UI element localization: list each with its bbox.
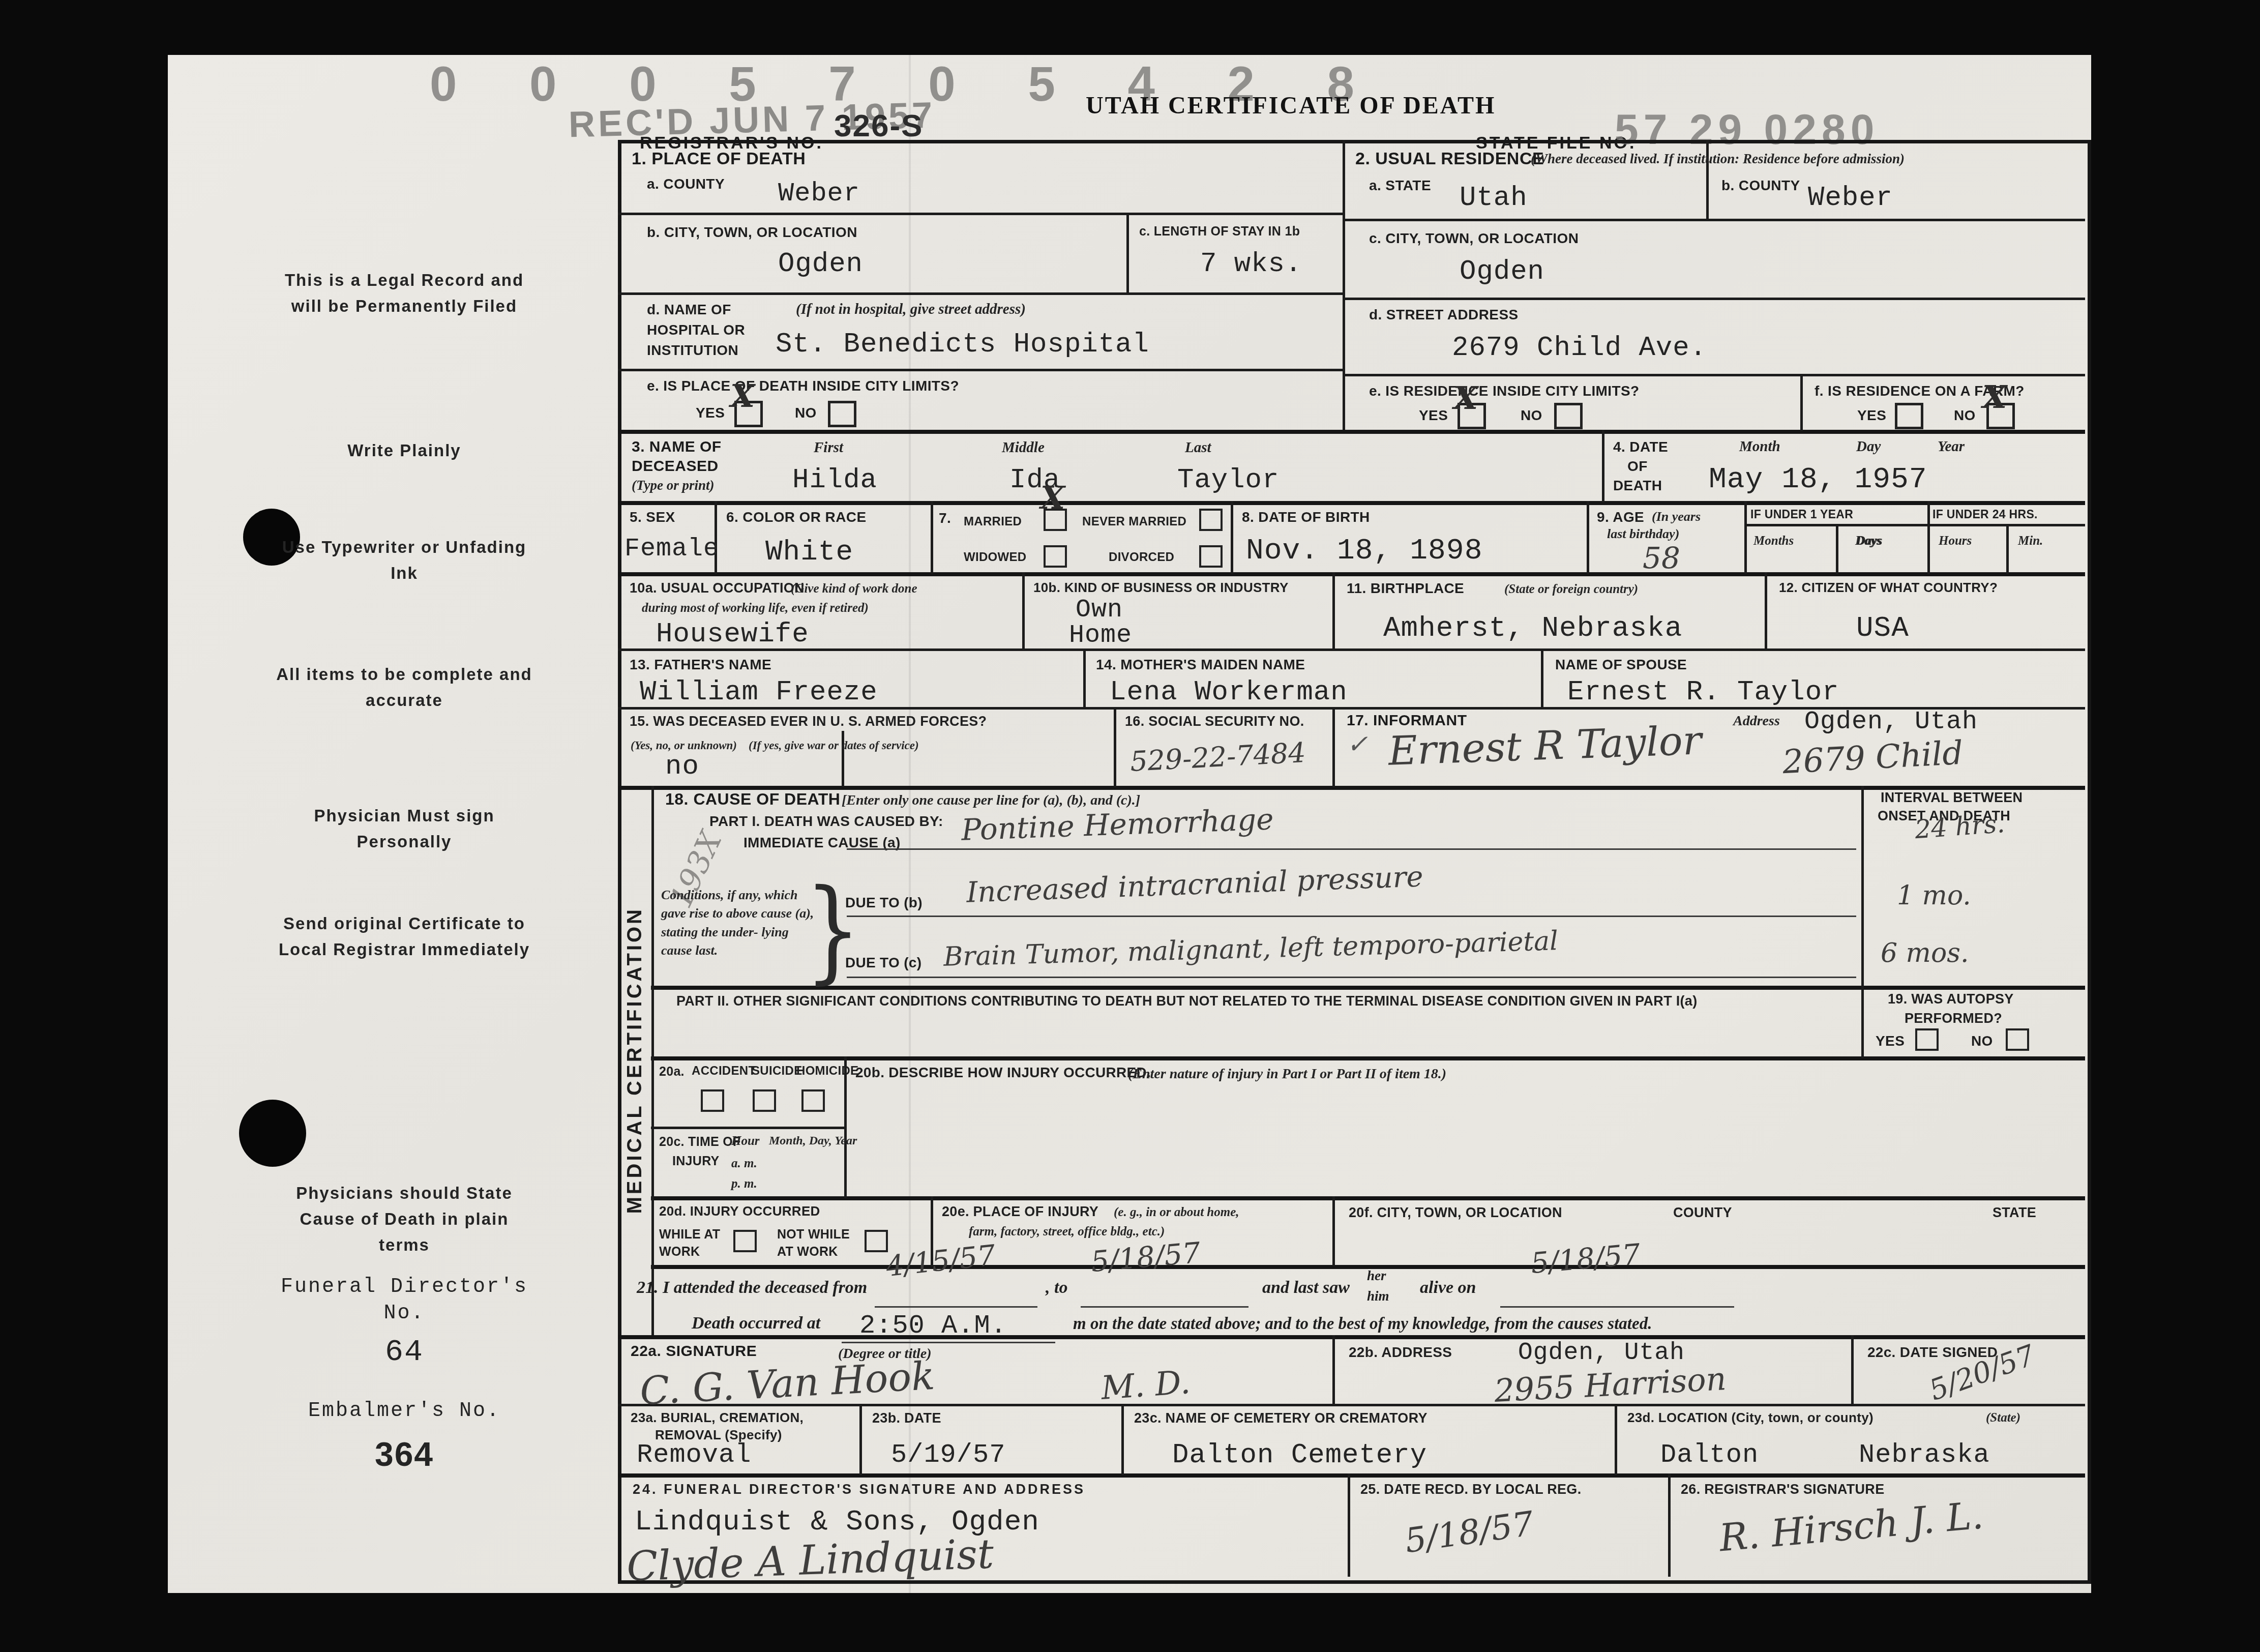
grid-line <box>1668 1473 1671 1577</box>
first-name-label: First <box>814 438 843 457</box>
her-label: her <box>1367 1267 1386 1284</box>
alive-on-text: alive on <box>1420 1278 1476 1299</box>
married-mark: X <box>1040 482 1065 514</box>
armed-forces-label: 15. WAS DECEASED EVER IN U. S. ARMED FOR… <box>630 713 987 729</box>
middle-name-label: Middle <box>1002 438 1045 457</box>
injury-occurred-label: 20d. INJURY OCCURRED <box>659 1203 820 1219</box>
last-name-label: Last <box>1185 438 1211 457</box>
months-label: Months <box>1753 533 1794 549</box>
grid-line <box>1114 707 1116 787</box>
physician-address-label: 22b. ADDRESS <box>1349 1344 1452 1361</box>
last-saw-text: and last saw <box>1262 1278 1350 1299</box>
homicide-checkbox <box>801 1089 825 1112</box>
grid-line <box>1121 1404 1124 1475</box>
residence-farm-no-mark: X <box>1982 381 2007 413</box>
deceased-name-hint: (Type or print) <box>632 477 714 494</box>
grid-line <box>1022 572 1025 650</box>
not-while-at-work-label-2: AT WORK <box>777 1244 838 1259</box>
autopsy-yes-label: YES <box>1876 1032 1905 1050</box>
residence-county-value: Weber <box>1808 183 1893 213</box>
sex-label: 5. SEX <box>630 509 675 526</box>
grid-line <box>1332 572 1335 650</box>
hospital-label-3: INSTITUTION <box>647 342 738 359</box>
hours-label: Hours <box>1939 533 1972 549</box>
to-label: , to <box>1046 1278 1067 1299</box>
margin-note-legal-record: This is a Legal Record and will be Perma… <box>275 267 534 319</box>
place-city-limits-no-label: NO <box>795 404 817 422</box>
grid-line <box>1927 501 1930 574</box>
grid-line <box>618 572 2085 576</box>
day-label: Day <box>1856 437 1881 456</box>
place-of-injury-hint-1: (e. g., in or about home, <box>1114 1204 1239 1220</box>
cemetery-city-value: Dalton <box>1660 1440 1759 1469</box>
last-name-value: Taylor <box>1177 465 1279 495</box>
while-at-work-checkbox <box>733 1230 757 1252</box>
informant-signature: Ernest R Taylor <box>1388 721 1702 771</box>
grid-line <box>1587 501 1589 574</box>
grid-line <box>618 213 1343 215</box>
time-of-injury-label-2: INJURY <box>672 1154 720 1169</box>
year-label: Year <box>1938 437 1965 456</box>
interval-a-value: 24 hrs. <box>1914 811 2005 842</box>
margin-note-physician-sign: Physician Must sign Personally <box>275 803 534 854</box>
pm-label: p. m. <box>731 1176 757 1192</box>
autopsy-no-checkbox <box>2006 1028 2029 1051</box>
grid-line <box>651 1127 847 1129</box>
month-label: Month <box>1739 437 1780 456</box>
spouse-name-label: NAME OF SPOUSE <box>1555 656 1687 673</box>
scanned-death-certificate: 0 0 0 5 7 0 5 4 2 8 REC'D JUN 7 1957 REG… <box>0 0 2260 1652</box>
grid-line <box>1800 374 1803 431</box>
occupation-hint-2: during most of working life, even if ret… <box>642 600 869 616</box>
from-rule <box>875 1306 1037 1308</box>
hospital-label-2: HOSPITAL OR <box>647 321 745 339</box>
residence-city-limits-no-checkbox <box>1554 403 1583 429</box>
usual-residence-hint: (Where deceased lived. If institution: R… <box>1531 151 1905 168</box>
grid-line <box>1343 140 1345 430</box>
grid-line <box>1231 501 1233 574</box>
accident-number-label: 20a. <box>659 1064 685 1079</box>
him-label: him <box>1367 1288 1389 1304</box>
embalmer-no-label: Embalmer's No. <box>275 1400 534 1423</box>
date-of-death-value: May 18, 1957 <box>1709 464 1927 496</box>
death-time-value: 2:50 A.M. <box>859 1311 1007 1340</box>
mother-name-label: 14. MOTHER'S MAIDEN NAME <box>1096 656 1305 673</box>
grid-line <box>1343 298 2085 300</box>
grid-line <box>1541 648 1543 709</box>
informant-checkmark: ✓ <box>1347 731 1368 757</box>
signature-label: 22a. SIGNATURE <box>631 1343 757 1361</box>
margin-note-send-original: Send original Certificate to Local Regis… <box>275 910 534 962</box>
conditions-note: Conditions, if any, which gave rise to a… <box>661 886 816 960</box>
grid-line <box>651 1196 2085 1200</box>
while-at-work-label-2: WORK <box>659 1244 700 1259</box>
street-address-label: d. STREET ADDRESS <box>1369 306 1519 323</box>
suicide-checkbox <box>753 1089 776 1112</box>
race-label: 6. COLOR OR RACE <box>726 509 867 526</box>
grid-line <box>1744 501 1747 574</box>
informant-address-typed: Ogden, Utah <box>1804 708 1978 736</box>
armed-forces-hint-2: (If yes, give war or dates of service) <box>749 739 919 753</box>
residence-farm-no-label: NO <box>1954 407 1976 424</box>
grid-line <box>1602 430 1604 503</box>
grid-line <box>618 1404 2085 1406</box>
residence-county-label: b. COUNTY <box>1721 177 1800 194</box>
describe-injury-hint: (Enter nature of injury in Part I or Par… <box>1128 1065 1446 1083</box>
place-city-limits-yes-label: YES <box>696 404 725 422</box>
residence-city-value: Ogden <box>1460 257 1544 287</box>
due-to-c-label: DUE TO (c) <box>845 954 921 971</box>
place-county-label: a. COUNTY <box>647 175 725 193</box>
residence-farm-yes-checkbox <box>1895 403 1923 429</box>
date-of-death-title-1: 4. DATE <box>1613 438 1668 456</box>
grid-line <box>1343 374 2085 376</box>
part1-label: PART I. DEATH WAS CAUSED BY: <box>709 813 943 830</box>
occupation-value: Housewife <box>656 619 809 650</box>
accident-checkbox <box>701 1089 724 1112</box>
to-rule <box>1081 1306 1248 1308</box>
alive-rule <box>1500 1306 1734 1308</box>
mother-name-value: Lena Workerman <box>1110 677 1348 707</box>
suicide-label: SUICIDE <box>752 1064 802 1079</box>
physician-degree: M. D. <box>1100 1366 1192 1405</box>
birthplace-hint: (State or foreign country) <box>1504 581 1638 597</box>
armed-forces-value: no <box>665 752 699 782</box>
grid-line <box>618 1335 2085 1339</box>
date-of-birth-label: 8. DATE OF BIRTH <box>1242 509 1370 526</box>
father-name-value: William Freeze <box>640 677 878 707</box>
residence-city-limits-yes-mark: X <box>1453 382 1478 414</box>
place-of-death-title: 1. PLACE OF DEATH <box>632 149 806 169</box>
death-occurred-text: Death occurred at <box>692 1313 820 1334</box>
grid-line <box>618 292 1343 295</box>
residence-city-limits-yes-label: YES <box>1419 407 1448 424</box>
citizen-label: 12. CITIZEN OF WHAT COUNTRY? <box>1779 580 1998 596</box>
date-of-death-title-3: DEATH <box>1613 477 1662 494</box>
occupation-label: 10a. USUAL OCCUPATION <box>630 580 805 596</box>
father-name-label: 13. FATHER'S NAME <box>630 656 771 673</box>
injury-county-label: COUNTY <box>1673 1204 1732 1221</box>
marital-number-label: 7. <box>939 510 951 527</box>
race-value: White <box>765 537 853 568</box>
spouse-name-value: Ernest R. Taylor <box>1567 677 1839 707</box>
hour-label: Hour <box>731 1133 760 1149</box>
min-label: Min. <box>2018 533 2043 549</box>
cause-a-rule <box>847 848 1856 850</box>
not-while-at-work-label-1: NOT WHILE <box>777 1227 850 1242</box>
place-county-value: Weber <box>778 179 860 208</box>
injury-state-label: STATE <box>1993 1204 2036 1221</box>
age-label: 9. AGE <box>1597 509 1644 526</box>
describe-injury-label: 20b. DESCRIBE HOW INJURY OCCURRED. <box>855 1064 1151 1081</box>
death-occurred-rest: m on the date stated above; and to the b… <box>1073 1314 1652 1335</box>
date-of-birth-value: Nov. 18, 1898 <box>1246 535 1482 568</box>
medical-certification-label: MEDICAL CERTIFICATION <box>625 907 645 1214</box>
grid-line <box>859 1404 862 1475</box>
grid-line <box>1343 219 2085 221</box>
medical-certification-strip: MEDICAL CERTIFICATION <box>618 786 654 1335</box>
cause-of-death-label: 18. CAUSE OF DEATH <box>665 790 840 809</box>
business-value-1: Own <box>1076 596 1123 624</box>
grid-line <box>618 430 2085 434</box>
burial-value: Removal <box>637 1440 751 1469</box>
am-label: a. m. <box>731 1156 757 1171</box>
while-at-work-label-1: WHILE AT <box>659 1227 720 1242</box>
never-married-checkbox <box>1199 509 1223 531</box>
place-city-value: Ogden <box>778 249 863 279</box>
days-label-visible: Days <box>1856 533 1882 549</box>
street-address-value: 2679 Child Ave. <box>1452 333 1707 363</box>
age-value: 58 <box>1643 543 1680 573</box>
margin-note-plain-terms: Physicians should State Cause of Death i… <box>275 1180 534 1258</box>
month-day-year-label: Month, Day, Year <box>769 1133 857 1148</box>
funeral-director-signature: Clyde A Lindquist <box>626 1533 995 1587</box>
date-of-death-title-2: OF <box>1627 458 1648 475</box>
hospital-value: St. Benedicts Hospital <box>776 330 1149 360</box>
hospital-label-1: d. NAME OF <box>647 301 731 318</box>
divorced-label: DIVORCED <box>1109 550 1174 565</box>
grid-line <box>1332 1335 1335 1405</box>
time-of-injury-label-1: 20c. TIME OF <box>659 1134 741 1149</box>
not-while-at-work-checkbox <box>865 1230 888 1252</box>
grid-line <box>1765 572 1767 650</box>
embalmer-no-value: 364 <box>275 1428 534 1480</box>
ssn-label: 16. SOCIAL SECURITY NO. <box>1125 713 1304 729</box>
injury-city-label: 20f. CITY, TOWN, OR LOCATION <box>1349 1204 1562 1221</box>
citizen-value: USA <box>1856 613 1909 644</box>
accident-label: ACCIDENT <box>692 1064 756 1079</box>
grid-line <box>1744 524 2085 526</box>
physician-address-typed: Ogden, Utah <box>1518 1340 1685 1367</box>
hospital-hint: (If not in hospital, give street address… <box>796 300 1026 318</box>
place-city-label: b. CITY, TOWN, OR LOCATION <box>647 224 857 241</box>
age-hint-2: last birthday) <box>1607 526 1679 543</box>
widowed-label: WIDOWED <box>964 550 1026 565</box>
cemetery-location-label: 23d. LOCATION (City, town, or county) <box>1627 1410 1874 1426</box>
grid-line <box>2006 524 2009 574</box>
registrar-signature-label: 26. REGISTRAR'S SIGNATURE <box>1681 1481 1884 1497</box>
autopsy-no-label: NO <box>1971 1032 1993 1050</box>
grid-line <box>1615 1404 1617 1475</box>
burial-label-1: 23a. BURIAL, CREMATION, <box>631 1410 804 1426</box>
registrars-no-value: 326-S <box>834 108 923 144</box>
grid-line <box>618 1473 2085 1478</box>
birthplace-value: Amherst, Nebraska <box>1383 613 1682 644</box>
place-city-limits-label: e. IS PLACE OF DEATH INSIDE CITY LIMITS? <box>647 377 959 395</box>
interval-c-value: 6 mos. <box>1881 940 1969 966</box>
cause-of-death-hint: [Enter only one cause per line for (a), … <box>842 791 1140 809</box>
funeral-director-no-label: Funeral Director's No. <box>275 1274 534 1327</box>
cause-c-rule <box>847 977 1856 978</box>
length-of-stay-value: 7 wks. <box>1200 249 1302 279</box>
autopsy-label-1: 19. WAS AUTOPSY <box>1888 991 2014 1007</box>
deceased-name-title-2: DECEASED <box>632 458 719 476</box>
informant-address-hand: 2679 Child <box>1782 737 1964 779</box>
punch-hole-bottom <box>239 1100 306 1167</box>
grid-line <box>618 501 2085 505</box>
usual-residence-title: 2. USUAL RESIDENCE <box>1355 149 1544 169</box>
margin-note-write-plainly: Write Plainly <box>275 437 534 463</box>
birthplace-label: 11. BIRTHPLACE <box>1347 580 1464 597</box>
age-hint-1: (In years <box>1652 509 1701 525</box>
burial-date-value: 5/19/57 <box>891 1440 1005 1469</box>
grid-line <box>618 369 1343 371</box>
if-under-24-hrs-label: IF UNDER 24 HRS. <box>1932 508 2038 522</box>
grid-line <box>1851 1335 1854 1405</box>
residence-city-limits-label: e. IS RESIDENCE INSIDE CITY LIMITS? <box>1369 382 1640 400</box>
residence-city-limits-no-label: NO <box>1521 407 1542 424</box>
margin-note-typewriter: Use Typewriter or Unfading Ink <box>275 534 534 586</box>
business-label: 10b. KIND OF BUSINESS OR INDUSTRY <box>1033 580 1289 596</box>
date-received-label: 25. DATE RECD. BY LOCAL REG. <box>1360 1481 1581 1497</box>
part2-label: PART II. OTHER SIGNIFICANT CONDITIONS CO… <box>676 993 1697 1009</box>
funeral-director-label: 24. FUNERAL DIRECTOR'S SIGNATURE AND ADD… <box>633 1481 1085 1497</box>
interval-label-1: INTERVAL BETWEEN <box>1881 789 2023 806</box>
divorced-checkbox <box>1199 545 1223 568</box>
interval-b-value: 1 mo. <box>1897 882 1971 909</box>
grid-line <box>618 648 2085 651</box>
residence-state-label: a. STATE <box>1369 177 1431 194</box>
deceased-name-title-1: 3. NAME OF <box>632 438 722 456</box>
grid-line <box>651 986 2085 990</box>
place-of-injury-hint-2: farm, factory, street, office bldg., etc… <box>969 1224 1165 1240</box>
married-label: MARRIED <box>964 515 1022 529</box>
autopsy-yes-checkbox <box>1915 1028 1939 1051</box>
grid-line <box>618 786 2085 790</box>
cemetery-state-hint: (State) <box>1986 1410 2020 1426</box>
grid-line <box>1332 1196 1335 1266</box>
grid-line <box>1861 786 1864 1058</box>
occupation-hint-1: (Give kind of work done <box>791 581 917 597</box>
cemetery-label: 23c. NAME OF CEMETERY OR CREMATORY <box>1134 1410 1428 1426</box>
cemetery-value: Dalton Cemetery <box>1172 1440 1427 1470</box>
length-of-stay-label: c. LENGTH OF STAY IN 1b <box>1139 224 1300 239</box>
residence-city-label: c. CITY, TOWN, OR LOCATION <box>1369 230 1579 247</box>
burial-date-label: 23b. DATE <box>872 1410 941 1426</box>
autopsy-label-2: PERFORMED? <box>1905 1010 2002 1026</box>
informant-address-label: Address <box>1733 712 1780 730</box>
place-city-limits-no-checkbox <box>828 401 856 427</box>
widowed-checkbox <box>1044 545 1067 568</box>
residence-farm-yes-label: YES <box>1857 407 1886 424</box>
certificate-title: UTAH CERTIFICATE OF DEATH <box>1086 92 1496 120</box>
never-married-label: NEVER MARRIED <box>1082 515 1186 529</box>
due-to-b-label: DUE TO (b) <box>845 894 923 911</box>
grid-line <box>1126 213 1129 294</box>
grid-line <box>1083 648 1086 709</box>
first-name-value: Hilda <box>792 465 877 495</box>
margin-note-complete-accurate: All items to be complete and accurate <box>275 661 534 713</box>
cemetery-state-value: Nebraska <box>1859 1440 1990 1469</box>
cause-b-rule <box>847 916 1856 917</box>
grid-line <box>1348 1473 1350 1577</box>
sex-value: Female <box>625 535 719 563</box>
if-under-1-year-label: IF UNDER 1 YEAR <box>1750 508 1853 522</box>
grid-line <box>651 1056 2085 1060</box>
funeral-director-no-value: 64 <box>275 1335 534 1370</box>
attended-text: 21. I attended the deceased from <box>637 1278 867 1299</box>
place-of-injury-label: 20e. PLACE OF INJURY <box>942 1203 1098 1220</box>
residence-state-value: Utah <box>1460 183 1528 213</box>
grid-line <box>1836 524 1838 574</box>
place-city-limits-yes-mark: X <box>730 380 755 412</box>
death-time-rule <box>842 1342 1055 1343</box>
grid-line <box>931 501 933 574</box>
business-value-2: Home <box>1069 622 1132 650</box>
grid-line <box>1332 707 1335 787</box>
homicide-label: HOMICIDE <box>796 1064 858 1079</box>
